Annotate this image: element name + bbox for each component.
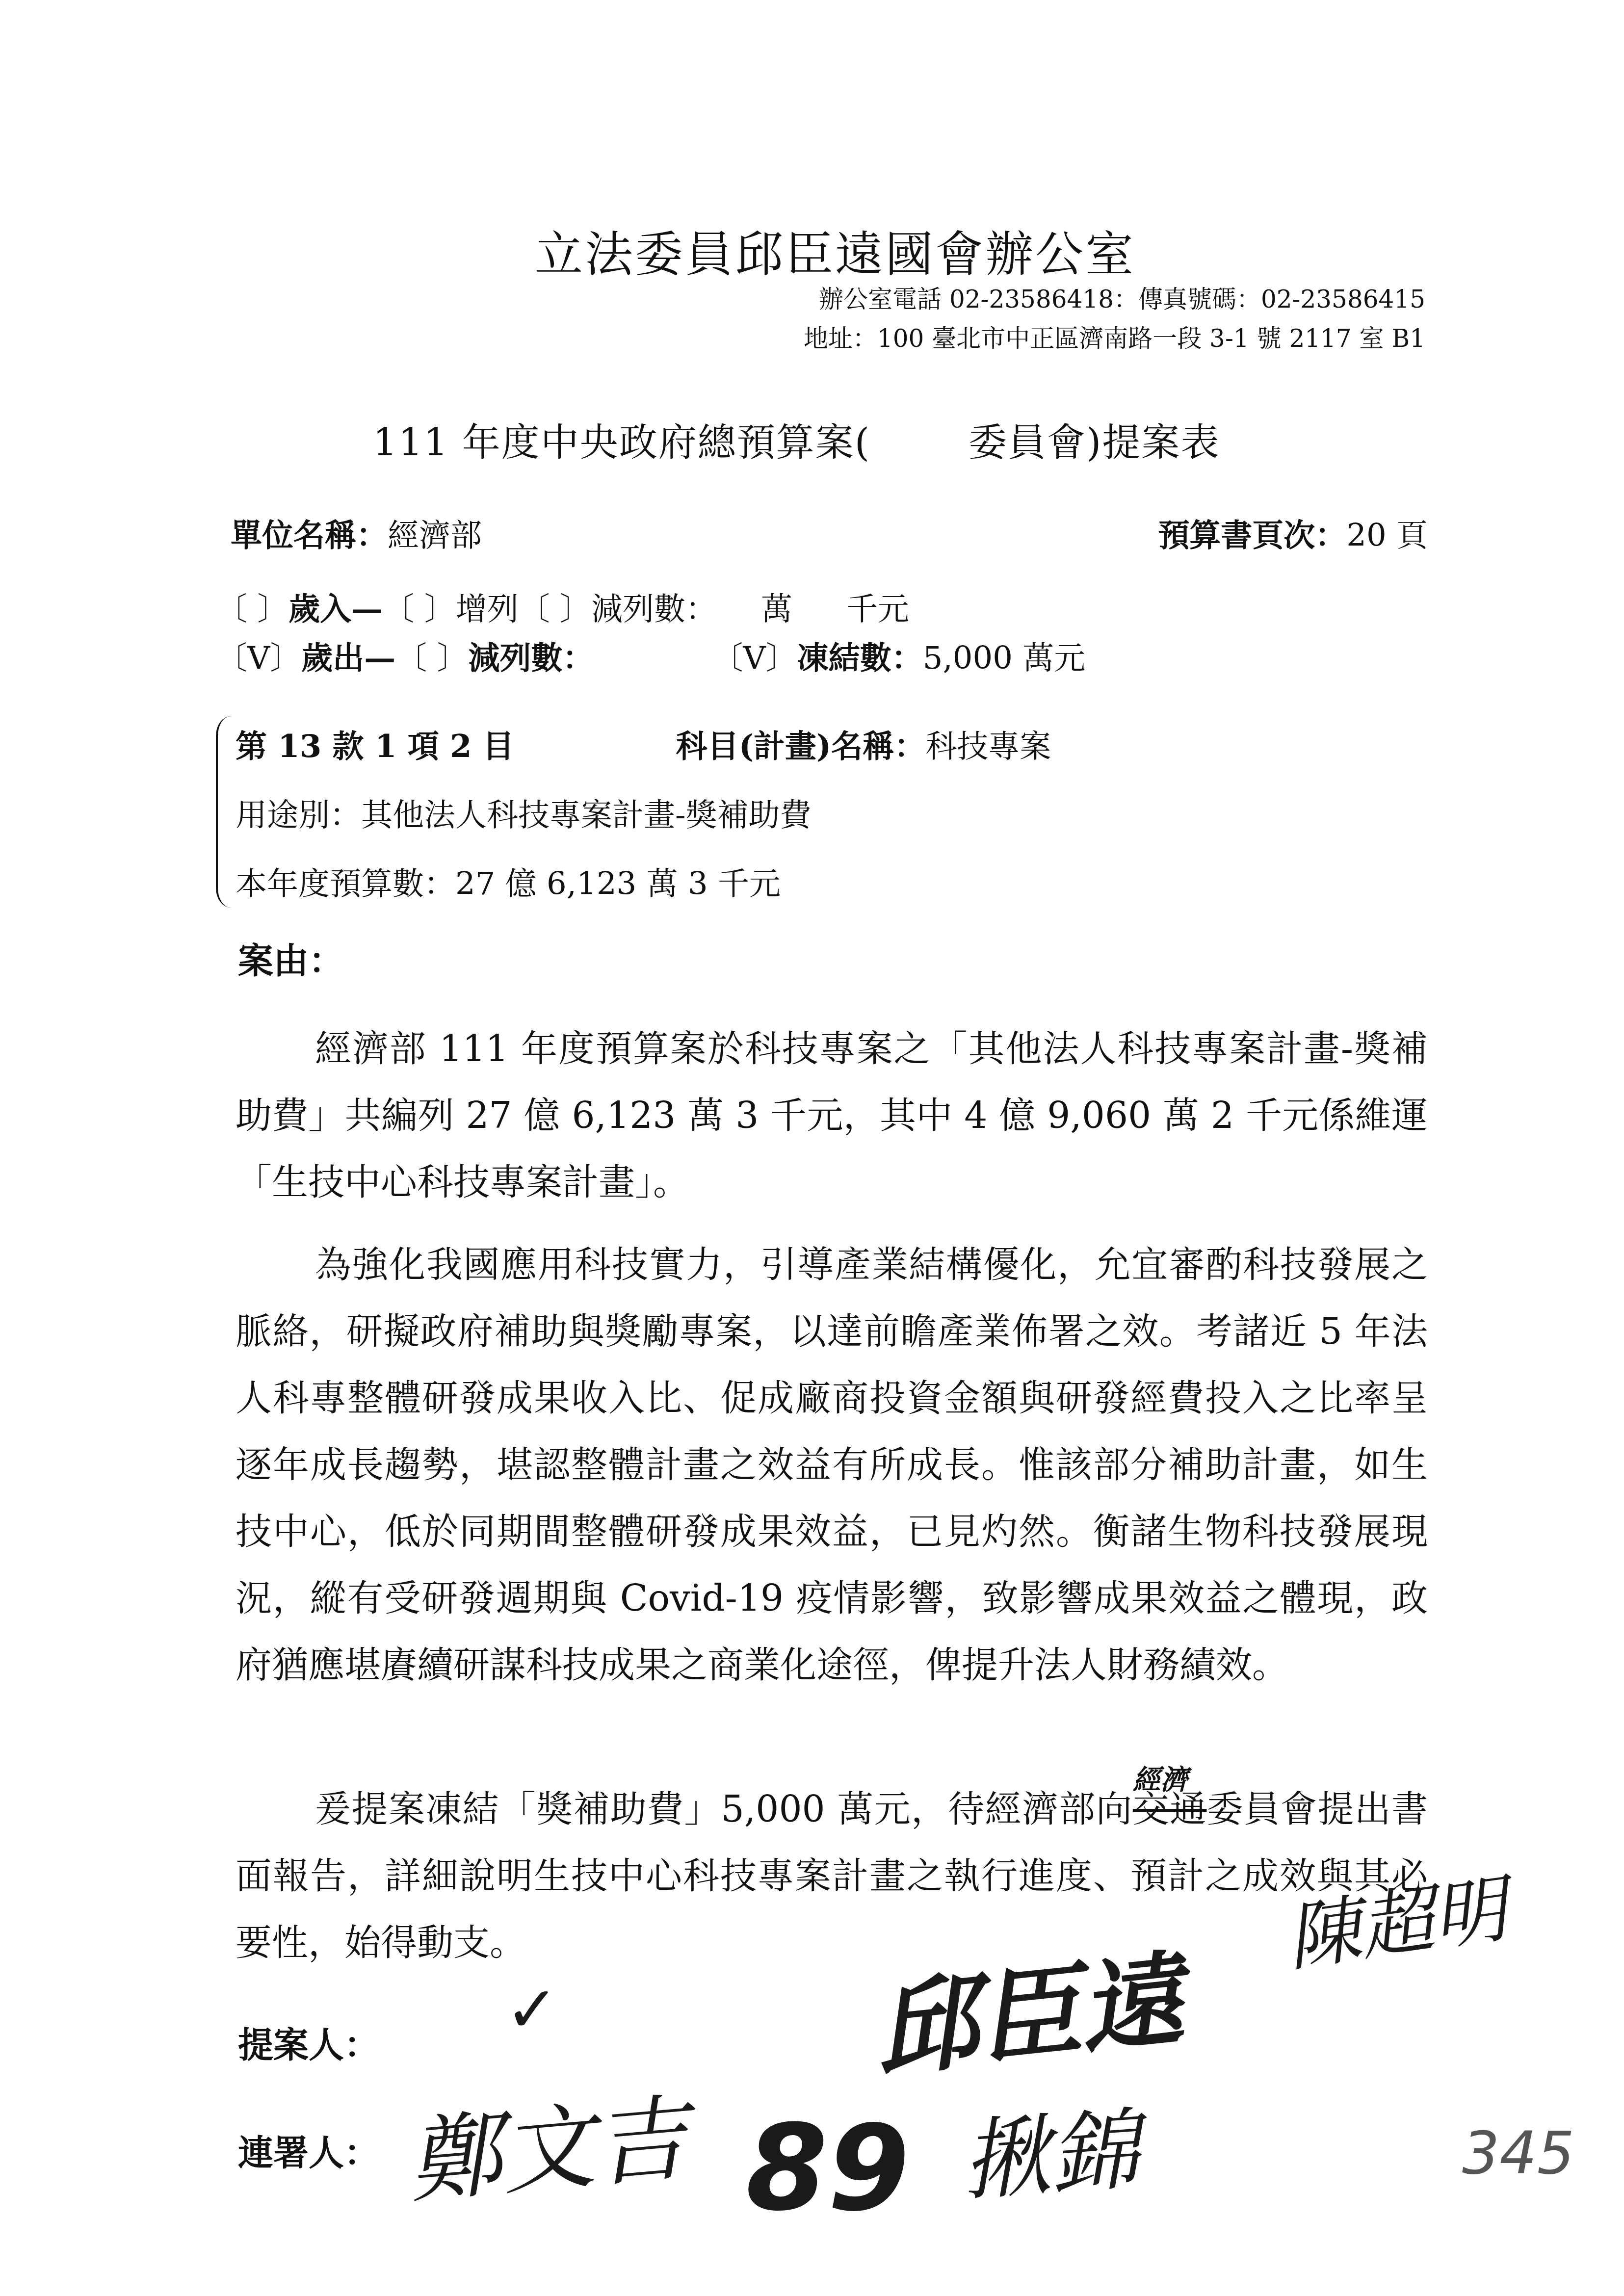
office-title: 立法委員邱臣遠國會辦公室: [535, 216, 1135, 285]
freeze-value: 5,000 萬元: [923, 640, 1086, 677]
case-reason-heading: 案由：: [238, 932, 344, 983]
expense-decrease-checkbox: 〔 〕: [395, 640, 468, 677]
check-mark: ✓: [505, 1972, 559, 2047]
cosigner-number: 89: [746, 2100, 910, 2237]
struck-committee-name: 交通經濟: [1133, 1788, 1207, 1830]
cosigner-label: 連署人：: [238, 2124, 379, 2175]
unit-label: 單位名稱：: [231, 517, 388, 554]
item-code-line: 第 13 款 1 項 2 目科目(計畫)名稱：科技專案: [236, 721, 1051, 766]
budget-amount-line: 本年度預算數：27 億 6,123 萬 3 千元: [236, 859, 781, 904]
paragraph-2: 為強化我國應用科技實力，引導產業結構優化，允宜審酌科技發展之脈絡，研擬政府補助與…: [236, 1231, 1428, 1698]
paragraph-1: 經濟部 111 年度預算案於科技專案之「其他法人科技專案計畫-獎補助費」共編列 …: [236, 1016, 1428, 1216]
cosigner-signature-2: 揪錦: [957, 2079, 1142, 2218]
budget-item-block: 第 13 款 1 項 2 目科目(計畫)名稱：科技專案 用途別：其他法人科技專案…: [216, 716, 1393, 908]
expense-checkbox: 〔V〕: [216, 640, 301, 677]
expense-label: 歲出—: [301, 640, 395, 677]
office-address: 地址：100 臺北市中正區濟南路一段 3-1 號 2117 室 B1: [804, 319, 1425, 354]
proposer-label: 提案人：: [238, 2016, 379, 2067]
brace-decoration: [216, 716, 233, 908]
income-row: 〔 〕歲入—〔 〕增列〔 〕減列數：萬千元: [216, 584, 909, 629]
form-title-prefix: 111 年度中央政府總預算案(: [373, 421, 870, 465]
cosigner-signature-1: 鄭文吉: [402, 2063, 692, 2221]
handwritten-page-number: 345: [1462, 2119, 1574, 2188]
budget-page-row: 預算書頁次：20 頁: [1158, 510, 1428, 555]
freeze-label: 凍結數：: [797, 640, 923, 677]
handwritten-correction: 經濟: [1133, 1747, 1188, 1814]
subject-label: 科目(計畫)名稱：: [676, 728, 926, 765]
unit-value: 經濟部: [388, 518, 482, 554]
decrease-label: 減列數：: [591, 591, 717, 627]
increase-label: 增列: [456, 591, 519, 627]
office-phone-fax: 辦公室電話 02-23586418：傳真號碼：02-23586415: [819, 280, 1425, 315]
wan-unit: 萬: [761, 591, 792, 627]
purpose-line: 用途別：其他法人科技專案計畫-獎補助費: [236, 790, 812, 835]
proposer-signature: 邱臣遠: [866, 1917, 1189, 2097]
form-title: 111 年度中央政府總預算案(委員會)提案表: [373, 412, 1220, 467]
freeze-checkbox: 〔V〕: [712, 640, 797, 677]
expense-row: 〔V〕歲出—〔 〕減列數：〔V〕凍結數：5,000 萬元: [216, 633, 1085, 678]
income-checkbox: 〔 〕: [216, 591, 288, 627]
unit-row: 單位名稱：經濟部: [231, 510, 482, 555]
section-code: 第 13 款 1 項 2 目: [236, 728, 514, 765]
qian-unit: 千元: [846, 591, 909, 627]
form-title-suffix: 委員會)提案表: [969, 421, 1220, 465]
expense-decrease-label: 減列數：: [469, 640, 594, 677]
decrease-checkbox: 〔 〕: [519, 591, 591, 627]
subject-value: 科技專案: [925, 729, 1051, 765]
page-label: 預算書頁次：: [1158, 517, 1346, 554]
increase-checkbox: 〔 〕: [383, 591, 455, 627]
page-value: 20 頁: [1346, 518, 1428, 554]
paragraph-3: 爰提案凍結「獎補助費」5,000 萬元，待經濟部向交通經濟委員會提出書面報告，詳…: [236, 1776, 1428, 1976]
income-label: 歲入—: [288, 591, 383, 627]
